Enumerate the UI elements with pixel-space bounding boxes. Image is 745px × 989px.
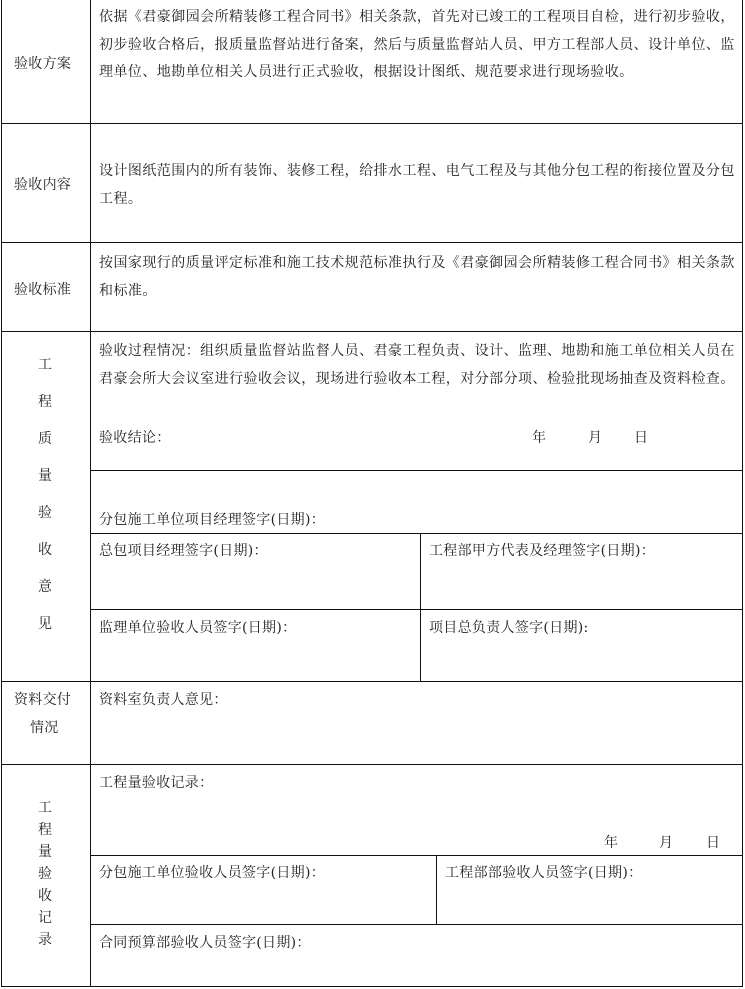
row-divider xyxy=(90,609,743,610)
engineering-dept-signature-field[interactable]: 工程部部验收人员签字(日期)： xyxy=(445,860,642,887)
quantity-date-year: 年 xyxy=(604,830,618,857)
standard-label: 验收标准 xyxy=(14,277,71,304)
conclusion-date-month: 月 xyxy=(588,425,602,452)
standard-text: 按国家现行的质量评定标准和施工技术规范标准执行及《君豪御园会所精装修工程合同书》… xyxy=(99,250,739,305)
general-pm-signature-field[interactable]: 总包项目经理签字(日期)： xyxy=(99,538,268,565)
label-column-divider xyxy=(90,0,91,987)
conclusion-date-year: 年 xyxy=(532,425,546,452)
row-divider xyxy=(90,470,743,471)
row-divider xyxy=(90,924,743,925)
row-divider xyxy=(1,242,743,243)
acceptance-form-table xyxy=(1,0,743,987)
acceptance-conclusion-label: 验收结论： xyxy=(99,425,171,452)
plan-text: 依据《君豪御园会所精装修工程合同书》相关条款，首先对已竣工的工程项目自检，进行初… xyxy=(99,4,739,87)
plan-label: 验收方案 xyxy=(14,51,71,78)
supervisor-signature-field[interactable]: 监理单位验收人员签字(日期)： xyxy=(99,615,296,642)
budget-dept-signature-field[interactable]: 合同预算部验收人员签字(日期)： xyxy=(99,930,311,957)
owner-rep-signature-field[interactable]: 工程部甲方代表及经理签字(日期)： xyxy=(429,538,655,565)
row-divider xyxy=(90,855,743,856)
documents-label-line1: 资料交付 xyxy=(14,687,71,714)
content-label: 验收内容 xyxy=(14,172,71,199)
cell-divider xyxy=(436,855,437,924)
row-divider xyxy=(1,331,743,332)
quantity-record-field[interactable]: 工程量验收记录： xyxy=(99,770,213,797)
row-divider xyxy=(1,681,743,682)
documents-label-line2: 情况 xyxy=(30,715,59,742)
conclusion-date-day: 日 xyxy=(634,425,648,452)
subcontractor-inspector-signature-field[interactable]: 分包施工单位验收人员签字(日期)： xyxy=(99,860,325,887)
project-head-signature-field[interactable]: 项目总负责人签字(日期): xyxy=(429,615,589,642)
cell-divider xyxy=(420,533,421,681)
subcontractor-pm-signature-field[interactable]: 分包施工单位项目经理签字(日期)： xyxy=(99,507,325,534)
content-text: 设计图纸范围内的所有装饰、装修工程，给排水工程、电气工程及与其他分包工程的衔接位… xyxy=(99,158,739,213)
row-divider xyxy=(1,764,743,765)
quantity-record-label: 工 程 量 验 收 记 录 xyxy=(0,797,90,951)
quality-opinion-label: 工 程 质 量 验 收 意 见 xyxy=(0,354,90,650)
quantity-date-month: 月 xyxy=(659,830,673,857)
archive-head-opinion-field[interactable]: 资料室负责人意见： xyxy=(99,687,228,714)
acceptance-process-text: 验收过程情况：组织质量监督站监督人员、君豪工程负责、设计、监理、地勘和施工单位相… xyxy=(99,338,739,393)
quantity-date-day: 日 xyxy=(706,830,720,857)
row-divider xyxy=(1,123,743,124)
